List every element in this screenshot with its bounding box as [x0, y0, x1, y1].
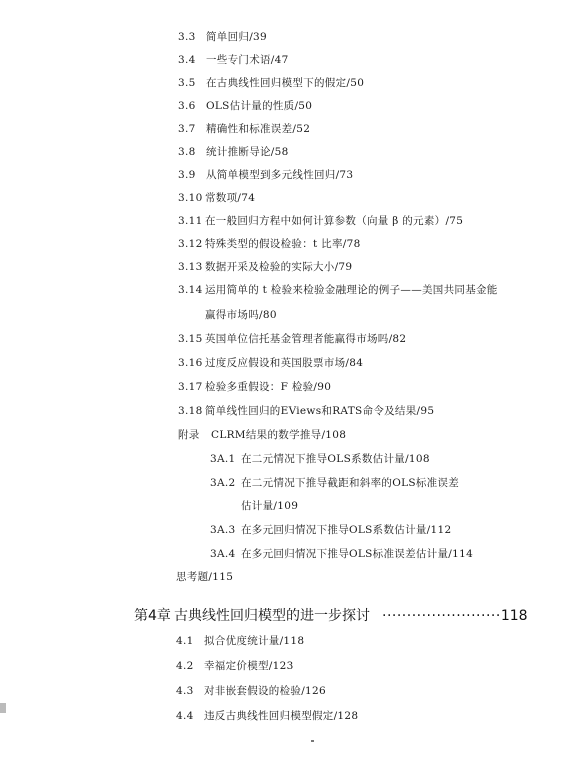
- toc-entry-3-6: 3.6OLS估计量的性质/50: [178, 99, 312, 113]
- toc-entry-3a-1: 3A.1在二元情况下推导OLS系数估计量/108: [210, 452, 430, 466]
- toc-entry-appendix: 附录CLRM结果的数学推导/108: [178, 428, 346, 442]
- section-title: 简单线性回归的EViews和RATS命令及结果/95: [205, 405, 434, 417]
- toc-entry-3-4: 3.4一些专门术语/47: [178, 53, 289, 67]
- toc-entry-3-7: 3.7精确性和标准误差/52: [178, 122, 310, 136]
- section-number: 3.12: [178, 237, 205, 251]
- toc-entry-3a-2-continuation: 估计量/109: [241, 499, 298, 513]
- scan-artifact: [311, 740, 314, 742]
- section-title: 数据开采及检验的实际大小/79: [205, 261, 352, 273]
- section-number: 4.2: [176, 659, 204, 673]
- toc-entry-3-5: 3.5在古典线性回归模型下的假定/50: [178, 76, 364, 90]
- section-number: 3.14: [178, 283, 205, 297]
- section-number: 3.10: [178, 191, 205, 205]
- section-number: 3.11: [178, 214, 205, 228]
- toc-entry-3-12: 3.12特殊类型的假设检验：t 比率/78: [178, 237, 361, 251]
- section-title: 对非嵌套假设的检验/126: [204, 685, 326, 697]
- section-title: 拟合优度统计量/118: [204, 635, 304, 647]
- section-number: 3.15: [178, 332, 205, 346]
- section-number: 3.16: [178, 356, 205, 370]
- section-title: 在多元回归情况下推导OLS标准误差估计量/114: [241, 548, 473, 560]
- section-number: 4.3: [176, 684, 204, 698]
- section-title: 在二元情况下推导OLS系数估计量/108: [241, 453, 430, 465]
- section-number: 3.17: [178, 380, 205, 394]
- toc-page: 3.3简单回归/39 3.4一些专门术语/47 3.5在古典线性回归模型下的假定…: [0, 0, 579, 761]
- section-title: 违反古典线性回归模型假定/128: [204, 710, 358, 722]
- section-number: 3.9: [178, 168, 206, 182]
- section-title: 在多元回归情况下推导OLS系数估计量/112: [241, 524, 451, 536]
- toc-entry-3-18: 3.18简单线性回归的EViews和RATS命令及结果/95: [178, 404, 434, 418]
- section-number: 3.18: [178, 404, 205, 418]
- toc-entry-3a-4: 3A.4在多元回归情况下推导OLS标准误差估计量/114: [210, 547, 473, 561]
- section-title: 运用简单的 t 检验来检验金融理论的例子——美国共同基金能: [205, 284, 498, 296]
- section-number: 3.6: [178, 99, 206, 113]
- section-title: 特殊类型的假设检验：t 比率/78: [205, 238, 361, 250]
- section-number: 3A.1: [210, 452, 241, 466]
- section-title: 一些专门术语/47: [206, 54, 289, 66]
- toc-entry-3-11: 3.11在一般回归方程中如何计算参数（向量 β 的元素）/75: [178, 214, 463, 228]
- section-title: 从简单模型到多元线性回归/73: [206, 169, 353, 181]
- chapter-page: 118: [501, 608, 528, 624]
- section-title: 简单回归/39: [206, 31, 267, 43]
- toc-entry-3-17: 3.17检验多重假设：F 检验/90: [178, 380, 331, 394]
- section-number: 3.8: [178, 145, 206, 159]
- toc-entry-4-3: 4.3对非嵌套假设的检验/126: [176, 684, 326, 698]
- section-title: 在一般回归方程中如何计算参数（向量 β 的元素）/75: [205, 215, 463, 227]
- section-number: 3.5: [178, 76, 206, 90]
- section-title-continuation: 赢得市场吗/80: [205, 309, 277, 321]
- section-number: 3A.4: [210, 547, 241, 561]
- section-title-continuation: 估计量/109: [241, 500, 298, 512]
- section-number: 3.4: [178, 53, 206, 67]
- section-title: 常数项/74: [205, 192, 255, 204]
- exercises-title: 思考题/115: [176, 571, 233, 583]
- toc-entry-3a-3: 3A.3在多元回归情况下推导OLS系数估计量/112: [210, 523, 451, 537]
- section-title: 过度反应假设和英国股票市场/84: [205, 357, 363, 369]
- toc-entry-3a-2: 3A.2在二元情况下推导截距和斜率的OLS标准误差: [210, 476, 459, 490]
- section-number: 4.1: [176, 634, 204, 648]
- section-title: 精确性和标准误差/52: [206, 123, 310, 135]
- toc-entry-4-1: 4.1拟合优度统计量/118: [176, 634, 304, 648]
- toc-entry-exercises: 思考题/115: [176, 570, 233, 584]
- toc-entry-3-16: 3.16过度反应假设和英国股票市场/84: [178, 356, 363, 370]
- section-number: 3.7: [178, 122, 206, 136]
- section-title: 统计推断导论/58: [206, 146, 289, 158]
- section-number: 3.13: [178, 260, 205, 274]
- section-number: 3.3: [178, 30, 206, 44]
- section-title: OLS估计量的性质/50: [206, 100, 312, 112]
- toc-entry-3-14-continuation: 赢得市场吗/80: [205, 308, 277, 322]
- appendix-label: 附录: [178, 428, 211, 442]
- scan-artifact: [0, 703, 6, 713]
- toc-entry-4-4: 4.4违反古典线性回归模型假定/128: [176, 709, 358, 723]
- section-title: 在古典线性回归模型下的假定/50: [206, 77, 364, 89]
- toc-entry-3-8: 3.8统计推断导论/58: [178, 145, 289, 159]
- toc-entry-3-15: 3.15英国单位信托基金管理者能赢得市场吗/82: [178, 332, 406, 346]
- section-title: 检验多重假设：F 检验/90: [205, 381, 331, 393]
- toc-entry-3-14: 3.14运用简单的 t 检验来检验金融理论的例子——美国共同基金能: [178, 283, 498, 297]
- leader-dots: ························: [382, 608, 501, 624]
- toc-entry-3-10: 3.10常数项/74: [178, 191, 255, 205]
- chapter-title: 古典线性回归模型的进一步探讨: [174, 608, 370, 624]
- section-title: 在二元情况下推导截距和斜率的OLS标准误差: [241, 477, 459, 489]
- toc-entry-3-9: 3.9从简单模型到多元线性回归/73: [178, 168, 353, 182]
- toc-entry-4-2: 4.2幸福定价模型/123: [176, 659, 294, 673]
- section-number: 3A.2: [210, 476, 241, 490]
- appendix-title: CLRM结果的数学推导/108: [211, 429, 346, 441]
- section-number: 4.4: [176, 709, 204, 723]
- section-title: 英国单位信托基金管理者能赢得市场吗/82: [205, 333, 406, 345]
- section-number: 3A.3: [210, 523, 241, 537]
- toc-entry-3-3: 3.3简单回归/39: [178, 30, 267, 44]
- toc-entry-3-13: 3.13数据开采及检验的实际大小/79: [178, 260, 352, 274]
- chapter-label: 第4章: [134, 607, 174, 625]
- chapter-4-heading: 第4章古典线性回归模型的进一步探讨·······················…: [134, 607, 528, 625]
- section-title: 幸福定价模型/123: [204, 660, 294, 672]
